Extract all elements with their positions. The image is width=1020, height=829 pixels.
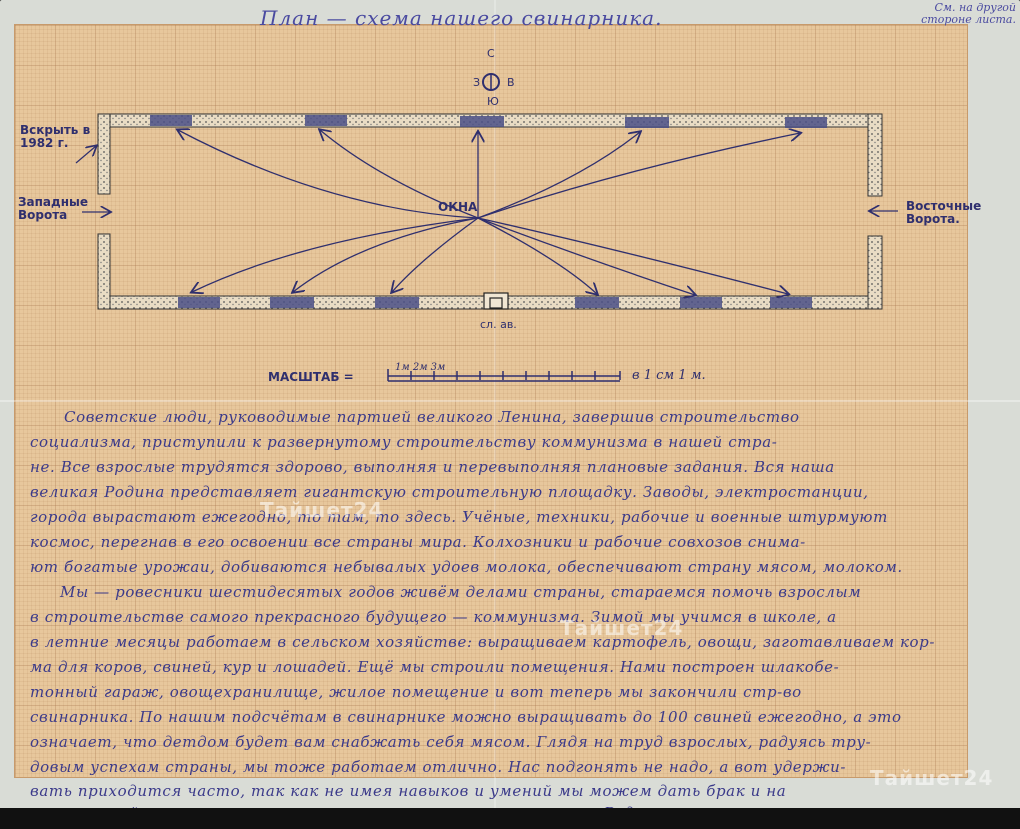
scale-label: МАСШТАБ = (268, 370, 354, 384)
document-sheet: План — схема нашего свинарника. См. на д… (0, 0, 1020, 812)
letter-line: в летние месяцы работаем в сельском хозя… (30, 633, 935, 651)
compass-south: Ю (487, 95, 499, 108)
scale-ticks: 1м 2м 3м (395, 362, 445, 373)
letter-line: Советские люди, руководимые партией вели… (64, 408, 800, 426)
letter-line: в строительстве самого прекрасного будущ… (30, 608, 837, 626)
letter-line: города вырастают ежегодно, то там, то зд… (30, 508, 888, 526)
scale-ratio: в 1 см 1 м. (632, 368, 706, 383)
letter-line: ма для коров, свиней, кур и лошадей. Ещё… (30, 658, 839, 676)
compass-north: С (487, 47, 495, 60)
letter-line: социализма, приступили к развернутому ст… (30, 433, 777, 451)
letter-line: великая Родина представляет гигантскую с… (30, 483, 869, 501)
letter-line: космос, перегнав в его освоении все стра… (30, 533, 806, 551)
west-gate-label: Западные Ворота (18, 196, 88, 222)
watermark: Тайшет24 (560, 616, 683, 640)
drain-label: сл. ав. (480, 318, 517, 331)
pigsty-floor-plan (0, 0, 1020, 400)
letter-line: означает, что детдом будет вам снабжать … (30, 733, 871, 751)
compass-east: В (507, 76, 515, 89)
letter-line: Мы — ровесники шестидесятых годов живём … (60, 583, 861, 601)
letter-line: свинарника. По нашим подсчётам в свинарн… (30, 708, 902, 726)
letter-line: не. Все взрослые трудятся здорово, выпол… (30, 458, 835, 476)
opened-note: Вскрыть в 1982 г. (20, 124, 100, 150)
watermark: Тайшет24 (260, 498, 383, 522)
fold-line-horizontal (0, 400, 1020, 402)
letter-line: вать приходится часто, так как не имея н… (30, 782, 786, 800)
compass-west: З (473, 76, 480, 89)
background-edge (0, 808, 1020, 829)
windows-label: ОКНА (438, 201, 477, 214)
east-gate-label: Восточные Ворота. (906, 200, 976, 226)
letter-line: тонный гараж, овощехранилище, жилое поме… (30, 683, 802, 701)
letter-line: довым успехам страны, мы тоже работаем о… (30, 758, 846, 776)
letter-line: ют богатые урожаи, добиваются небывалых … (30, 558, 903, 576)
watermark: Тайшет24 (870, 766, 993, 790)
